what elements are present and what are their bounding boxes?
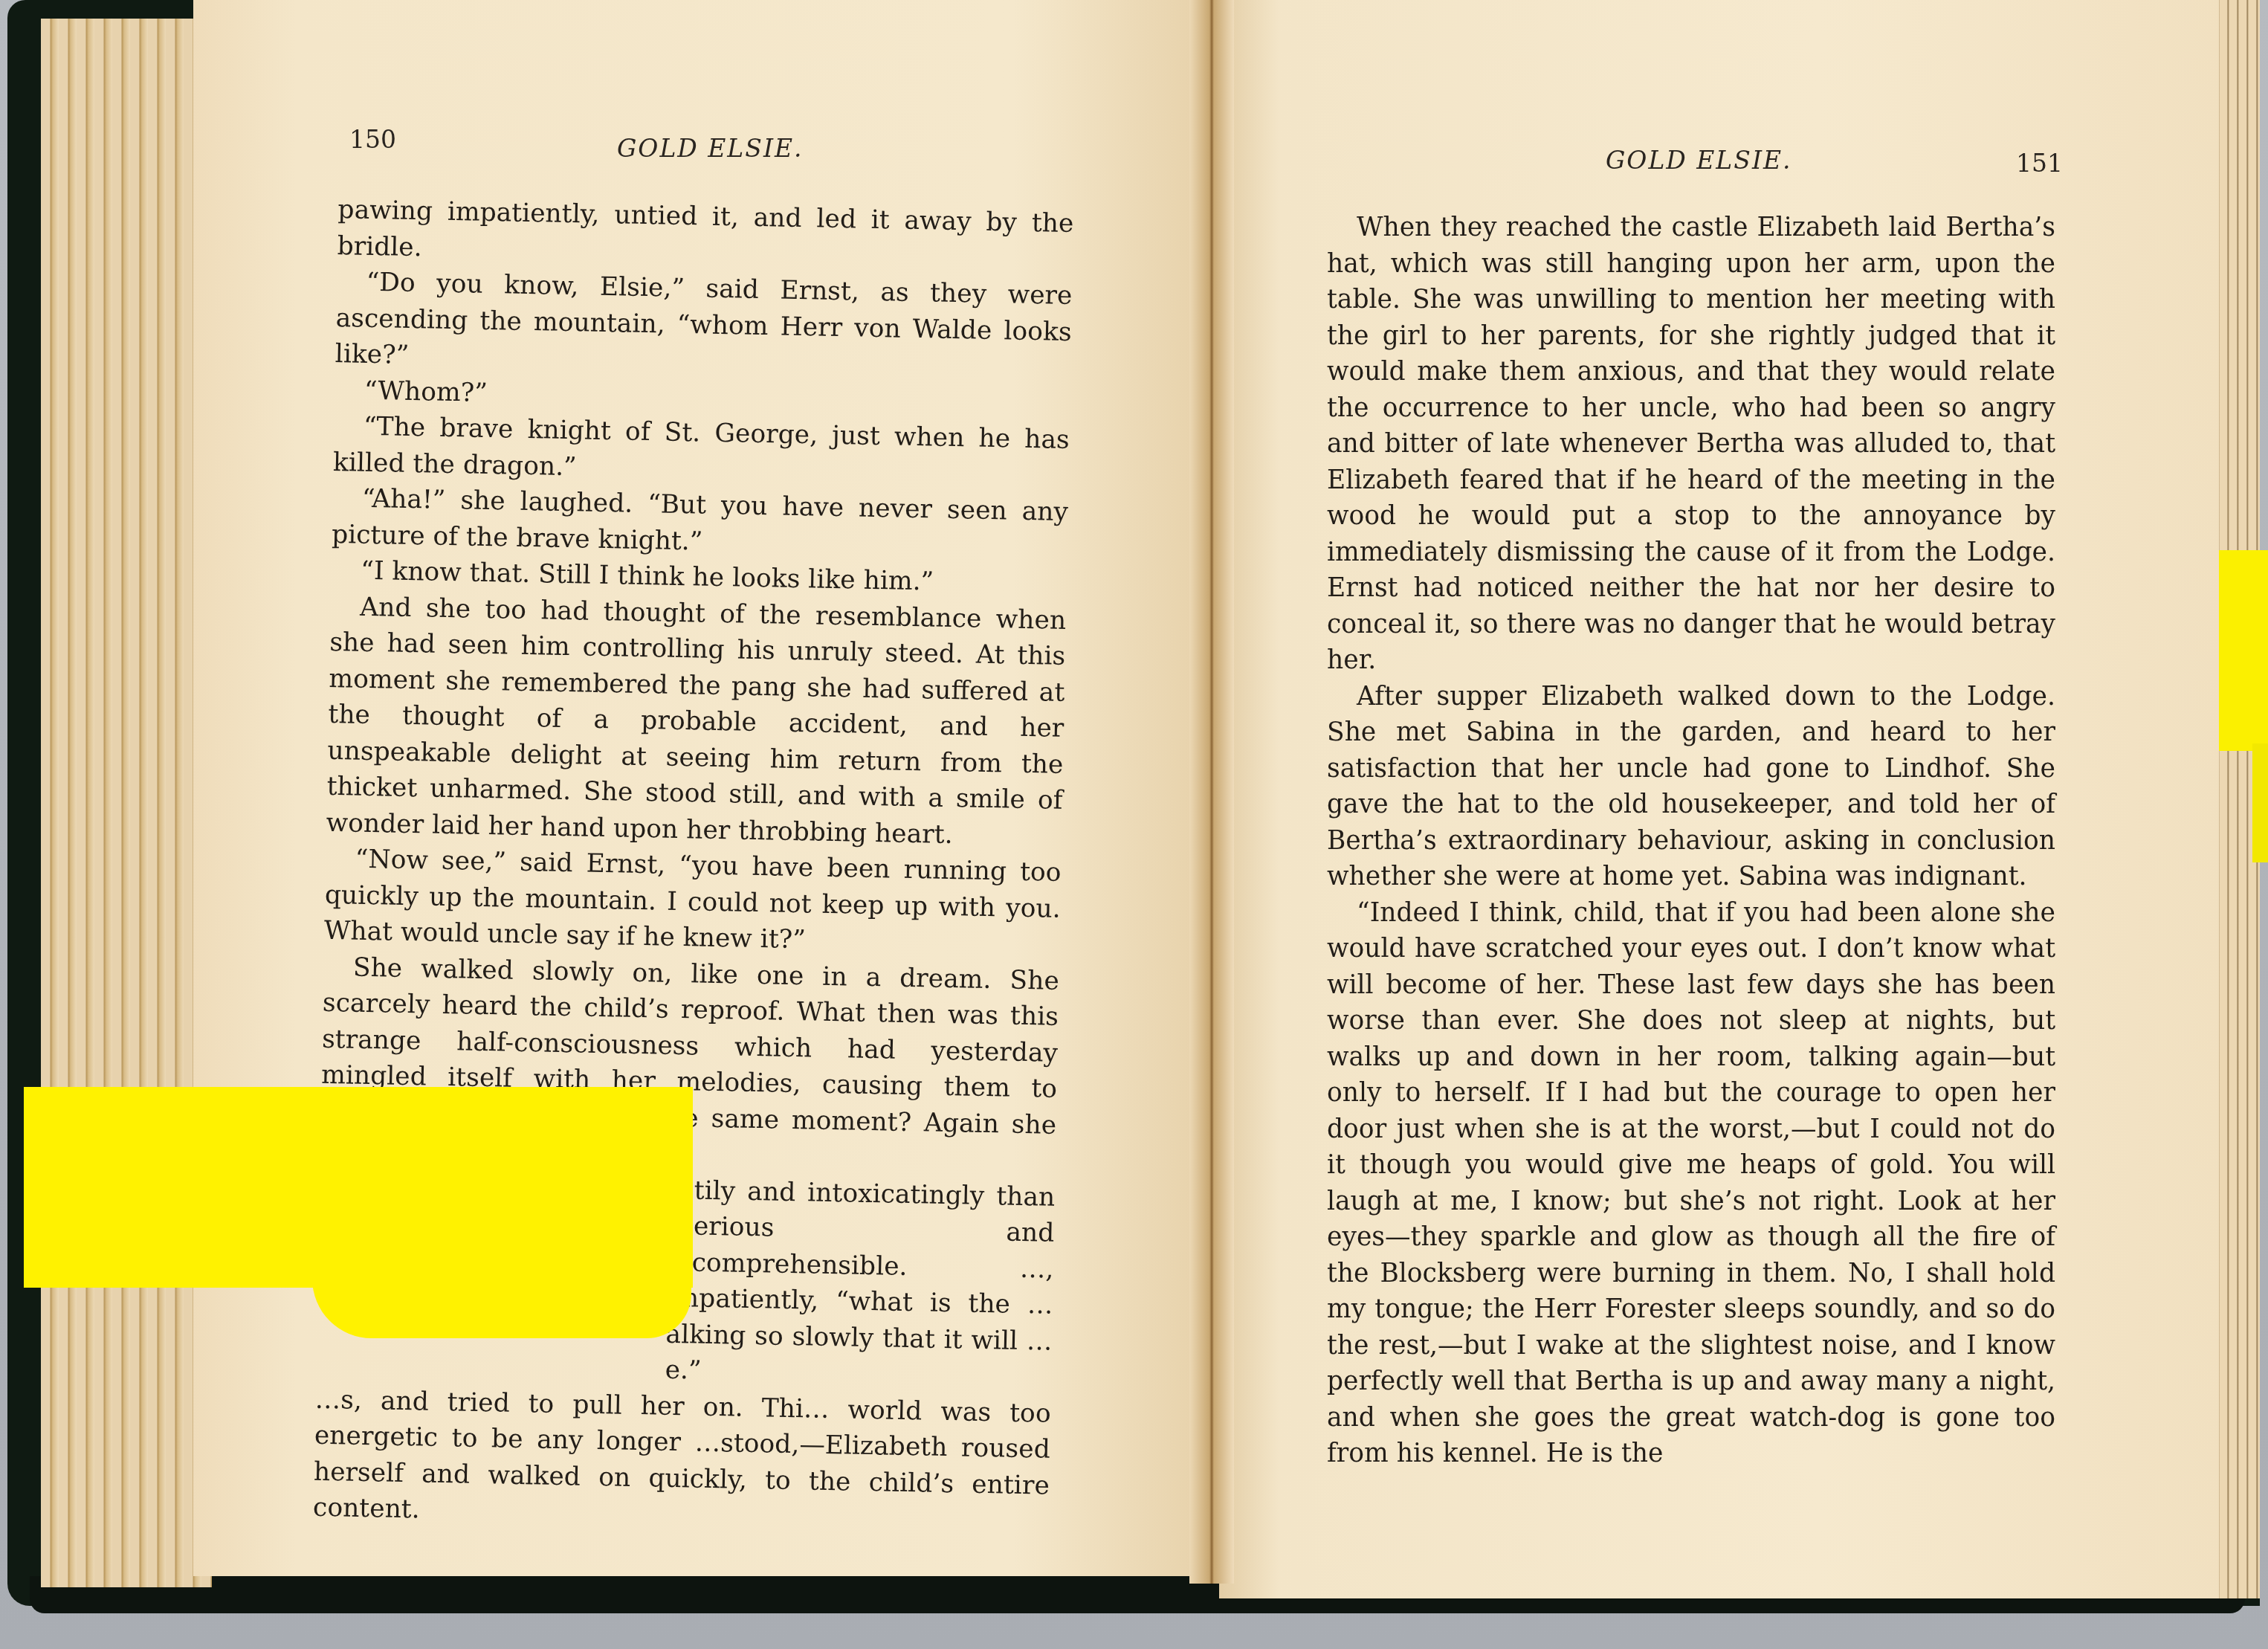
paragraph: And she too had thought of the resemblan… xyxy=(326,588,1066,854)
left-running-title: GOLD ELSIE. xyxy=(617,134,804,163)
paragraph: After supper Elizabeth walked down to th… xyxy=(1327,679,2055,895)
paragraph: “Now see,” said Ernst, “you have been ru… xyxy=(323,841,1062,963)
paragraph: “Indeed I think, child, that if you had … xyxy=(1327,895,2055,1472)
left-page-number: 150 xyxy=(349,125,396,154)
paragraph: “Do you know, Elsie,” said Ernst, as the… xyxy=(335,264,1073,386)
right-page-body: When they reached the castle Elizabeth l… xyxy=(1327,210,2055,1472)
paragraph: When they reached the castle Elizabeth l… xyxy=(1327,210,2055,679)
sticky-note-flag-right xyxy=(2219,550,2268,751)
sticky-note-flag-right-lower xyxy=(2252,743,2268,862)
sticky-note-flag-left-torn-edge xyxy=(312,1264,691,1338)
right-page-number: 151 xyxy=(2016,149,2063,178)
sticky-note-flag-left xyxy=(24,1087,693,1288)
right-running-title: GOLD ELSIE. xyxy=(1606,146,1792,175)
paragraph-partially-covered: …s, and tried to pull her on. Thi… world… xyxy=(313,1381,1052,1540)
paragraph: pawing impatiently, untied it, and led i… xyxy=(337,192,1074,278)
paragraph: “Aha!” she laughed. “But you have never … xyxy=(332,480,1069,567)
book-gutter xyxy=(1189,0,1234,1584)
paragraph: “The brave knight of St. George, just wh… xyxy=(333,408,1070,494)
left-page-edges xyxy=(41,19,212,1587)
